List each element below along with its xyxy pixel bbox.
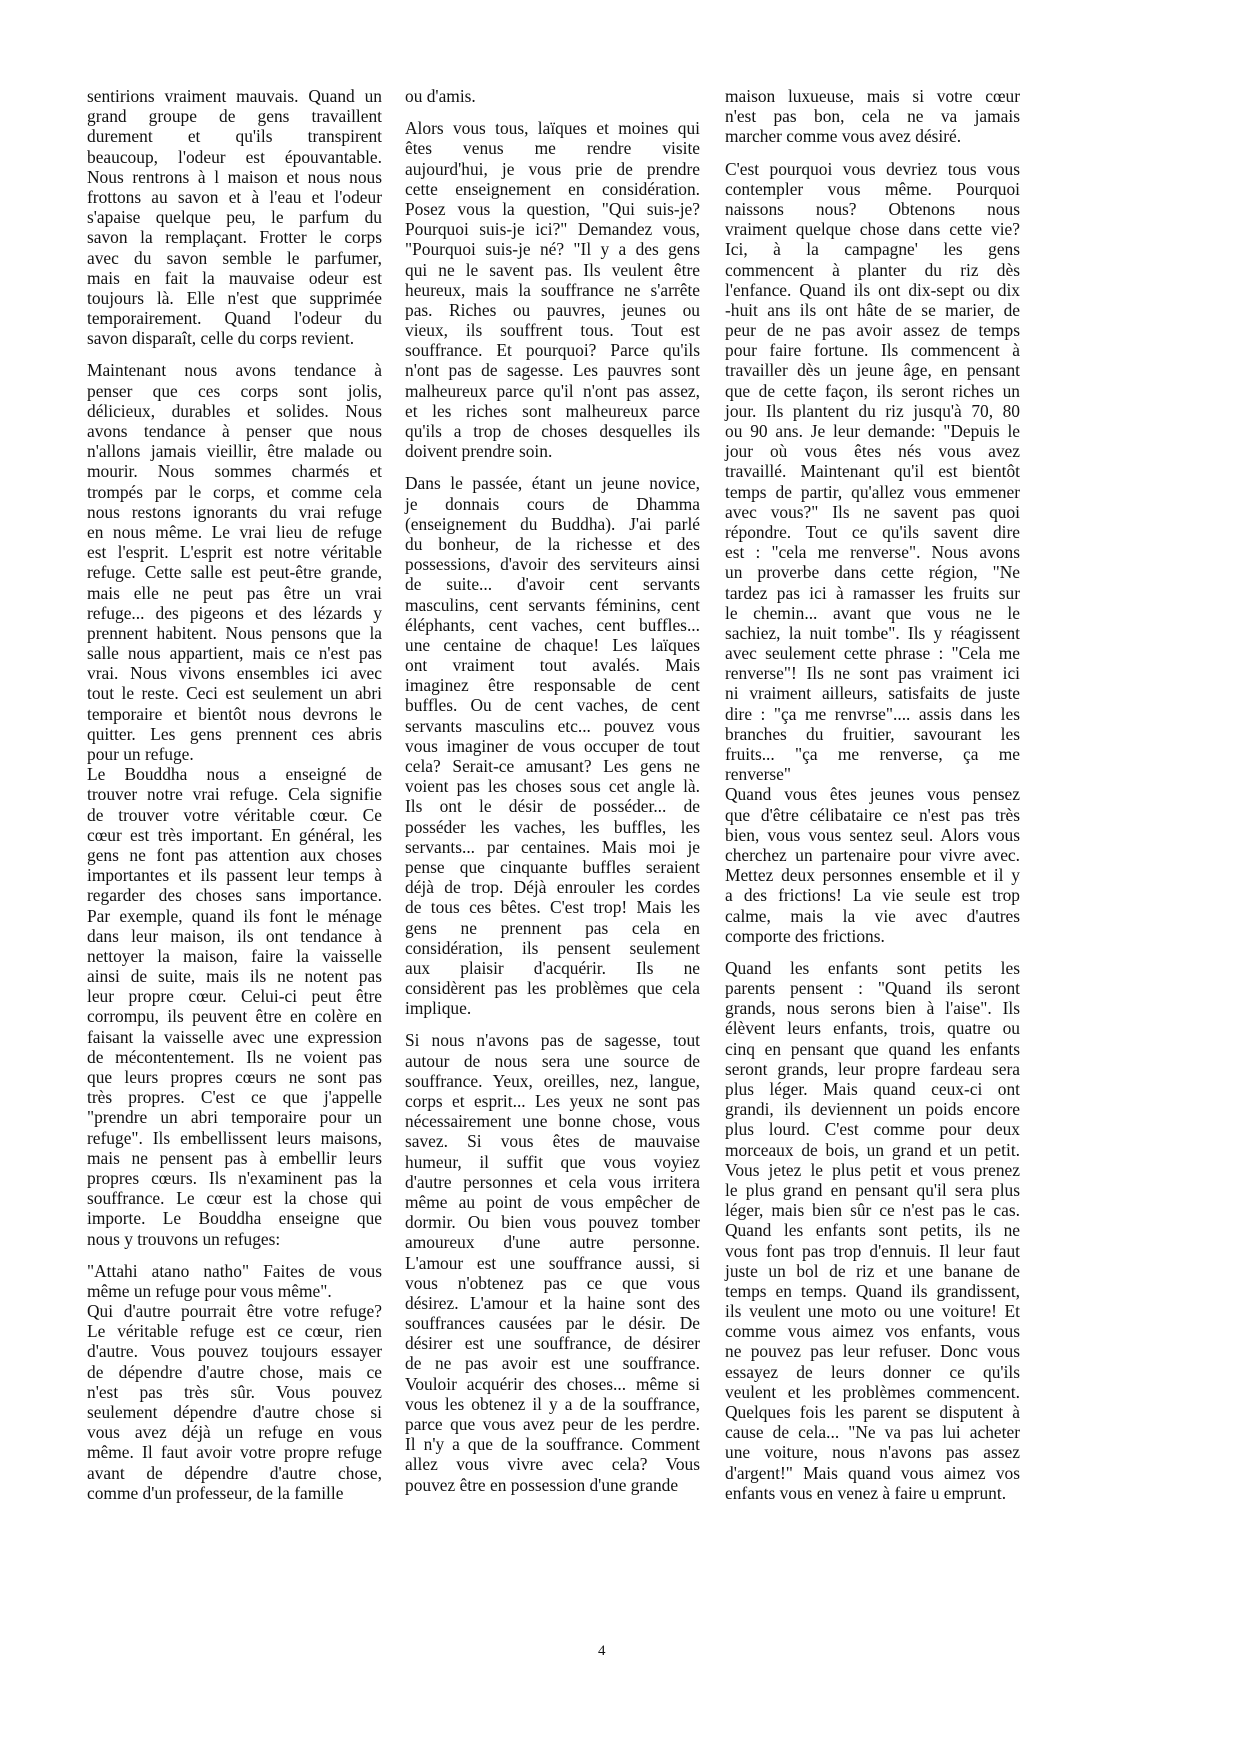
text-line: le plus grand en pensant qu'il sera plus	[725, 1180, 1020, 1200]
text-line: tout le reste. Ceci est seulement un abr…	[87, 683, 382, 703]
text-line: je donnais cours de Dhamma	[405, 494, 700, 514]
text-line: bien, vous vous sentez seul. Alors vous	[725, 825, 1020, 845]
text-line: répondre. Tout ce qu'ils savent dire	[725, 522, 1020, 542]
text-line: nettoyer la maison, faire la vaisselle	[87, 946, 382, 966]
text-line: commencent à planter du riz dès	[725, 260, 1020, 280]
text-line: enfants vous en venez à faire u emprunt.	[725, 1483, 1020, 1503]
text-line: avant de dépendre d'autre chose,	[87, 1463, 382, 1483]
text-line: dire : "ça me renvrse".... assis dans le…	[725, 704, 1020, 724]
text-line: pense que cinquante buffles seraient	[405, 857, 700, 877]
text-line: parce que vous avez peur de les perdre.	[405, 1414, 700, 1434]
text-line: penser que ces corps sont jolis,	[87, 381, 382, 401]
text-line: cinq en pensant que quand les enfants	[725, 1039, 1020, 1059]
text-line: Posez vous la question, "Qui suis-je?	[405, 199, 700, 219]
text-line: cette enseignement en considération.	[405, 179, 700, 199]
text-line: leur propre cœur. Celui-ci peut être	[87, 986, 382, 1006]
text-line: comporte des frictions.	[725, 926, 1020, 946]
text-line: sachiez, la nuit tombe". Ils y réagissen…	[725, 623, 1020, 643]
text-line: Par exemple, quand ils font le ménage	[87, 906, 382, 926]
text-line: tardez pas ici à ramasser les fruits sur	[725, 583, 1020, 603]
text-line: renverse"	[725, 764, 1020, 784]
text-line: vous imaginer de vous occuper de tout	[405, 736, 700, 756]
text-line: avec du savon semble le parfumer,	[87, 248, 382, 268]
text-line: vrai. Nous vivons ensembles ici avec	[87, 663, 382, 683]
text-line: temps de partir, qu'allez vous emmener	[725, 482, 1020, 502]
text-line: cherchez un partenaire pour vivre avec.	[725, 845, 1020, 865]
text-line: servants... par centaines. Mais moi je	[405, 837, 700, 857]
text-line: buffles. Ou de cent vaches, de cent	[405, 695, 700, 715]
text-line: comme vous aimez vos enfants, vous	[725, 1321, 1020, 1341]
paragraph: "Attahi atano natho" Faites de vousmême …	[87, 1261, 382, 1301]
text-line: déjà de trop. Déjà enrouler les cordes	[405, 877, 700, 897]
text-line: sentirions vraiment mauvais. Quand un	[87, 86, 382, 106]
text-line: jour. Ils plantent du riz jusqu'à 70, 80	[725, 401, 1020, 421]
text-line: seront grands, leur propre fardeau sera	[725, 1059, 1020, 1079]
text-line: masculins, cent servants féminins, cent	[405, 595, 700, 615]
text-line: temporairement. Quand l'odeur du	[87, 308, 382, 328]
text-line: mourir. Nous sommes charmés et	[87, 461, 382, 481]
text-line: veulent et les problèmes commencent.	[725, 1382, 1020, 1402]
text-line: que leurs propres cœurs ne sont pas	[87, 1067, 382, 1087]
text-line: juste un bol de riz et une banane de	[725, 1261, 1020, 1281]
text-line: servants masculins etc... pouvez vous	[405, 716, 700, 736]
text-line: malheureux parce qu'il n'ont pas assez,	[405, 381, 700, 401]
text-line: le chemin... avant que vous ne le	[725, 603, 1020, 623]
text-line: gens ne prennent pas cela en	[405, 918, 700, 938]
text-line: salle nous appartient, mais ce n'est pas	[87, 643, 382, 663]
text-line: une voiture, nous n'avons pas assez	[725, 1442, 1020, 1462]
text-line: implique.	[405, 998, 700, 1018]
paragraph: Dans le passée, étant un jeune novice,je…	[405, 473, 700, 1018]
text-line: (enseignement du Buddha). J'ai parlé	[405, 514, 700, 534]
text-line: prennent habitent. Nous pensons que la	[87, 623, 382, 643]
paragraph: Alors vous tous, laïques et moines quiêt…	[405, 118, 700, 461]
text-line: n'est pas bon, cela ne va jamais	[725, 106, 1020, 126]
text-line: considération, ils pensent seulement	[405, 938, 700, 958]
text-line: d'autre personnes et cela vous irritera	[405, 1172, 700, 1192]
text-line: cause de cela... "Ne va pas lui acheter	[725, 1422, 1020, 1442]
paragraph: ou d'amis.	[405, 86, 700, 106]
text-line: temporaire et bientôt nous devrons le	[87, 704, 382, 724]
text-line: aujourd'hui, je vous prie de prendre	[405, 159, 700, 179]
text-line: n'ont pas de sagesse. Les pauvres sont	[405, 360, 700, 380]
text-line: beaucoup, l'odeur est épouvantable.	[87, 147, 382, 167]
text-line: a des frictions! La vie seule est trop	[725, 885, 1020, 905]
text-line: Nous rentrons à l maison et nous nous	[87, 167, 382, 187]
text-line: contempler vous même. Pourquoi	[725, 179, 1020, 199]
text-line: autour de nous sera une source de	[405, 1051, 700, 1071]
text-line: ou d'amis.	[405, 86, 700, 106]
text-line: vous font pas trop d'ennuis. Il leur fau…	[725, 1241, 1020, 1261]
text-line: s'apaise quelque peu, le parfum du	[87, 207, 382, 227]
text-line: cœur est très important. En général, les	[87, 825, 382, 845]
text-line: qui ne le savent pas. Ils veulent être	[405, 260, 700, 280]
text-line: de ne pas avoir est une souffrance.	[405, 1353, 700, 1373]
text-line: trouver notre vrai refuge. Cela signifie	[87, 784, 382, 804]
text-line: de mécontentement. Ils ne voient pas	[87, 1047, 382, 1067]
text-line: considèrent pas les problèmes que cela	[405, 978, 700, 998]
paragraph: Quand les enfants sont petits lesparents…	[725, 958, 1020, 1503]
text-line: Alors vous tous, laïques et moines qui	[405, 118, 700, 138]
paragraph: C'est pourquoi vous devriez tous vouscon…	[725, 159, 1020, 785]
text-line: Vous jetez le plus petit et vous prenez	[725, 1160, 1020, 1180]
text-line: refuge". Ils embellissent leurs maisons,	[87, 1128, 382, 1148]
text-line: jour où vous êtes nés vous avez	[725, 441, 1020, 461]
text-line: d'argent!" Mais quand vous aimez vos	[725, 1463, 1020, 1483]
text-line: parents pensent : "Quand ils seront	[725, 978, 1020, 998]
text-line: cela? Serait-ce amusant? Les gens ne	[405, 756, 700, 776]
text-line: aux plaisir d'acquérir. Ils ne	[405, 958, 700, 978]
text-line: d'autre. Vous pouvez toujours essayer	[87, 1341, 382, 1361]
text-line: pour faire fortune. Ils commencent à	[725, 340, 1020, 360]
text-line: grand groupe de gens travaillent	[87, 106, 382, 126]
text-line: comme d'un professeur, de la famille	[87, 1483, 382, 1503]
text-line: peur de ne pas avoir assez de temps	[725, 320, 1020, 340]
text-line: savez. Si vous êtes de mauvaise	[405, 1131, 700, 1151]
text-line: Vouloir acquérir des choses... même si	[405, 1374, 700, 1394]
text-line: "prendre un abri temporaire pour un	[87, 1107, 382, 1127]
text-line: Quelques fois les parent se disputent à	[725, 1402, 1020, 1422]
text-line: calme, mais la vie avec d'autres	[725, 906, 1020, 926]
text-line: trompés par le corps, et comme cela	[87, 482, 382, 502]
text-line: dans leur maison, ils ont tendance à	[87, 926, 382, 946]
text-line: allez vous vivre avec cela? Vous	[405, 1454, 700, 1474]
text-line: Le Bouddha nous a enseigné de	[87, 764, 382, 784]
text-line: éléphants, cent vaches, cent buffles...	[405, 615, 700, 635]
text-line: ne pouvez pas leur refuser. Donc vous	[725, 1341, 1020, 1361]
text-line: doivent prendre soin.	[405, 441, 700, 461]
paragraph: Maintenant nous avons tendance àpenser q…	[87, 360, 382, 764]
text-line: avons tendance à penser que nous	[87, 421, 382, 441]
text-line: que de cette façon, ils seront riches un	[725, 381, 1020, 401]
text-line: propres cœurs. Ils n'examinent pas la	[87, 1168, 382, 1188]
text-line: Qui d'autre pourrait être votre refuge?	[87, 1301, 382, 1321]
text-line: C'est pourquoi vous devriez tous vous	[725, 159, 1020, 179]
text-line: voient pas les choses sous cet angle là.	[405, 776, 700, 796]
text-line: Si nous n'avons pas de sagesse, tout	[405, 1030, 700, 1050]
text-line: pas. Riches ou pauvres, jeunes ou	[405, 300, 700, 320]
text-line: faisant la vaisselle avec une expression	[87, 1027, 382, 1047]
text-line: heureux, mais la souffrance ne s'arrête	[405, 280, 700, 300]
text-line: souffrance. Le cœur est la chose qui	[87, 1188, 382, 1208]
text-line: posséder les vaches, les buffles, les	[405, 817, 700, 837]
text-line: léger, mais bien sûr ce n'est pas le cas…	[725, 1200, 1020, 1220]
text-line: de dépendre d'autre chose, mais ce	[87, 1362, 382, 1382]
text-line: gens ne font pas attention aux choses	[87, 845, 382, 865]
text-line: ont vraiment tout avalés. Mais	[405, 655, 700, 675]
text-column-3: maison luxueuse, mais si votre cœurn'est…	[725, 86, 1020, 1503]
text-line: plus léger. Mais quand ceux-ci ont	[725, 1079, 1020, 1099]
text-line: vous n'obtenez pas ce que vous	[405, 1273, 700, 1293]
text-line: refuge. Cette salle est peut-être grande…	[87, 562, 382, 582]
text-line: souffrance. Yeux, oreilles, nez, langue,	[405, 1071, 700, 1091]
text-line: n'allons jamais vieillir, être malade ou	[87, 441, 382, 461]
text-line: temps en temps. Quand ils grandissent,	[725, 1281, 1020, 1301]
text-line: désirez. L'amour et la haine sont des	[405, 1293, 700, 1313]
text-line: "Attahi atano natho" Faites de vous	[87, 1261, 382, 1281]
text-line: Maintenant nous avons tendance à	[87, 360, 382, 380]
text-line: est : "cela me renverse". Nous avons	[725, 542, 1020, 562]
text-line: importantes et ils passent leur temps à	[87, 865, 382, 885]
text-line: désirer est une souffrance, de désirer	[405, 1333, 700, 1353]
text-line: amoureux d'une autre personne.	[405, 1232, 700, 1252]
paragraph: Si nous n'avons pas de sagesse, toutauto…	[405, 1030, 700, 1494]
text-line: nous y trouvons un refuges:	[87, 1229, 382, 1249]
page-number: 4	[598, 1643, 606, 1660]
text-line: Quand les enfants sont petits les	[725, 958, 1020, 978]
text-line: humeur, il suffit que vous voyiez	[405, 1152, 700, 1172]
text-line: L'amour est une souffrance aussi, si	[405, 1253, 700, 1273]
text-line: corrompu, ils peuvent être en colère en	[87, 1006, 382, 1026]
text-line: Dans le passée, étant un jeune novice,	[405, 473, 700, 493]
text-line: une centaine de chaque! Les laïques	[405, 635, 700, 655]
text-line: renverse"! Ils ne sont pas vraiment ici	[725, 663, 1020, 683]
text-line: qu'ils a trop de choses desquelles ils	[405, 421, 700, 441]
text-line: savon la remplaçant. Frotter le corps	[87, 227, 382, 247]
text-line: Quand vous êtes jeunes vous pensez	[725, 784, 1020, 804]
paragraph: Qui d'autre pourrait être votre refuge?L…	[87, 1301, 382, 1503]
text-line: que d'être célibataire ce n'est pas très	[725, 805, 1020, 825]
text-line: Le véritable refuge est ce cœur, rien	[87, 1321, 382, 1341]
text-line: souffrance. Et pourquoi? Parce qu'ils	[405, 340, 700, 360]
text-line: de tous ces bêtes. C'est trop! Mais les	[405, 897, 700, 917]
text-line: même au point de vous empêcher de	[405, 1192, 700, 1212]
text-line: êtes venus me rendre visite	[405, 138, 700, 158]
text-line: Ils ont le désir de posséder... de	[405, 796, 700, 816]
text-line: durement et qu'ils transpirent	[87, 126, 382, 146]
text-line: vieux, ils souffrent tous. Tout est	[405, 320, 700, 340]
text-line: n'est pas très sûr. Vous pouvez	[87, 1382, 382, 1402]
text-line: de suite... d'avoir cent servants	[405, 574, 700, 594]
text-line: pour un refuge.	[87, 744, 382, 764]
text-line: mais elle ne peut pas être un vrai	[87, 583, 382, 603]
text-line: essayez de leurs donner ce qu'ils	[725, 1362, 1020, 1382]
paragraph: Quand vous êtes jeunes vous pensezque d'…	[725, 784, 1020, 946]
text-line: pouvez être en possession d'une grande	[405, 1475, 700, 1495]
text-column-2: ou d'amis.Alors vous tous, laïques et mo…	[405, 86, 700, 1495]
text-column-1: sentirions vraiment mauvais. Quand ungra…	[87, 86, 382, 1503]
text-line: importe. Le Bouddha enseigne que	[87, 1208, 382, 1228]
text-line: l'enfance. Quand ils ont dix-sept ou dix	[725, 280, 1020, 300]
text-line: Mettez deux personnes ensemble et il y	[725, 865, 1020, 885]
text-line: dormir. Ou bien vous pouvez tomber	[405, 1212, 700, 1232]
text-line: même. Il faut avoir votre propre refuge	[87, 1442, 382, 1462]
text-line: Quand les enfants sont petits, ils ne	[725, 1220, 1020, 1240]
text-line: Il n'y a que de la souffrance. Comment	[405, 1434, 700, 1454]
text-line: avec vous?" Ils ne savent pas quoi	[725, 502, 1020, 522]
text-line: imaginez être responsable de cent	[405, 675, 700, 695]
text-line: fruits... "ça me renverse, ça me	[725, 744, 1020, 764]
text-line: maison luxueuse, mais si votre cœur	[725, 86, 1020, 106]
text-line: vraiment quelque chose dans cette vie?	[725, 219, 1020, 239]
paragraph: Le Bouddha nous a enseigné detrouver not…	[87, 764, 382, 1249]
text-line: "Pourquoi suis-je né? "Il y a des gens	[405, 239, 700, 259]
text-line: même un refuge pour vous même".	[87, 1281, 382, 1301]
text-line: savon disparaît, celle du corps revient.	[87, 328, 382, 348]
text-line: vous avez déjà un refuge en vous	[87, 1422, 382, 1442]
text-line: possessions, d'avoir des serviteurs ains…	[405, 554, 700, 574]
text-line: un proverbe dans cette région, "Ne	[725, 562, 1020, 582]
text-line: quitter. Les gens prennent ces abris	[87, 724, 382, 744]
text-line: nécessairement une bonne chose, vous	[405, 1111, 700, 1131]
text-line: vous les obtenez il y a de la souffrance…	[405, 1394, 700, 1414]
text-line: ils veulent une moto ou une voiture! Et	[725, 1301, 1020, 1321]
text-line: ou 90 ans. Je leur demande: "Depuis le	[725, 421, 1020, 441]
text-line: travailler dès un jeune âge, en pensant	[725, 360, 1020, 380]
text-line: souffrances causées par le désir. De	[405, 1313, 700, 1333]
text-line: toujours là. Elle n'est que supprimée	[87, 288, 382, 308]
text-line: morceaux de bois, un grand et un petit.	[725, 1140, 1020, 1160]
text-line: seulement dépendre d'autre chose si	[87, 1402, 382, 1422]
text-line: Ici, à la campagne' les gens	[725, 239, 1020, 259]
paragraph: sentirions vraiment mauvais. Quand ungra…	[87, 86, 382, 348]
text-line: branches du fruitier, savourant les	[725, 724, 1020, 744]
text-line: de trouver votre véritable cœur. Ce	[87, 805, 382, 825]
text-line: très propres. C'est ce que j'appelle	[87, 1087, 382, 1107]
paragraph: maison luxueuse, mais si votre cœurn'est…	[725, 86, 1020, 147]
text-line: travaillé. Maintenant qu'il est bientôt	[725, 461, 1020, 481]
text-line: du bonheur, de la richesse et des	[405, 534, 700, 554]
text-line: refuge... des pigeons et des lézards y	[87, 603, 382, 623]
text-line: naissons nous? Obtenons nous	[725, 199, 1020, 219]
text-line: ainsi de suite, mais ils ne notent pas	[87, 966, 382, 986]
text-line: Pourquoi suis-je ici?" Demandez vous,	[405, 219, 700, 239]
text-line: -huit ans ils ont hâte de se marier, de	[725, 300, 1020, 320]
text-line: en nous même. Le vrai lieu de refuge	[87, 522, 382, 542]
text-line: plus lourd. C'est comme pour deux	[725, 1119, 1020, 1139]
text-line: est l'esprit. L'esprit est notre véritab…	[87, 542, 382, 562]
text-line: nous restons ignorants du vrai refuge	[87, 502, 382, 522]
text-line: corps et esprit... Les yeux ne sont pas	[405, 1091, 700, 1111]
text-line: élèvent leurs enfants, trois, quatre ou	[725, 1018, 1020, 1038]
text-line: et les riches sont malheureux parce	[405, 401, 700, 421]
text-line: délicieux, durables et solides. Nous	[87, 401, 382, 421]
text-line: frottons au savon et à l'eau et l'odeur	[87, 187, 382, 207]
text-line: grands, nous serons bien à l'aise". Ils	[725, 998, 1020, 1018]
text-line: avec seulement cette phrase : "Cela me	[725, 643, 1020, 663]
text-line: grandi, ils deviennent un poids encore	[725, 1099, 1020, 1119]
text-line: mais en fait la mauvaise odeur est	[87, 268, 382, 288]
text-line: regarder des choses sans importance.	[87, 885, 382, 905]
text-line: ni vraiment ailleurs, satisfaits de just…	[725, 683, 1020, 703]
text-line: marcher comme vous avez désiré.	[725, 126, 1020, 146]
text-line: mais ne pensent pas à embellir leurs	[87, 1148, 382, 1168]
